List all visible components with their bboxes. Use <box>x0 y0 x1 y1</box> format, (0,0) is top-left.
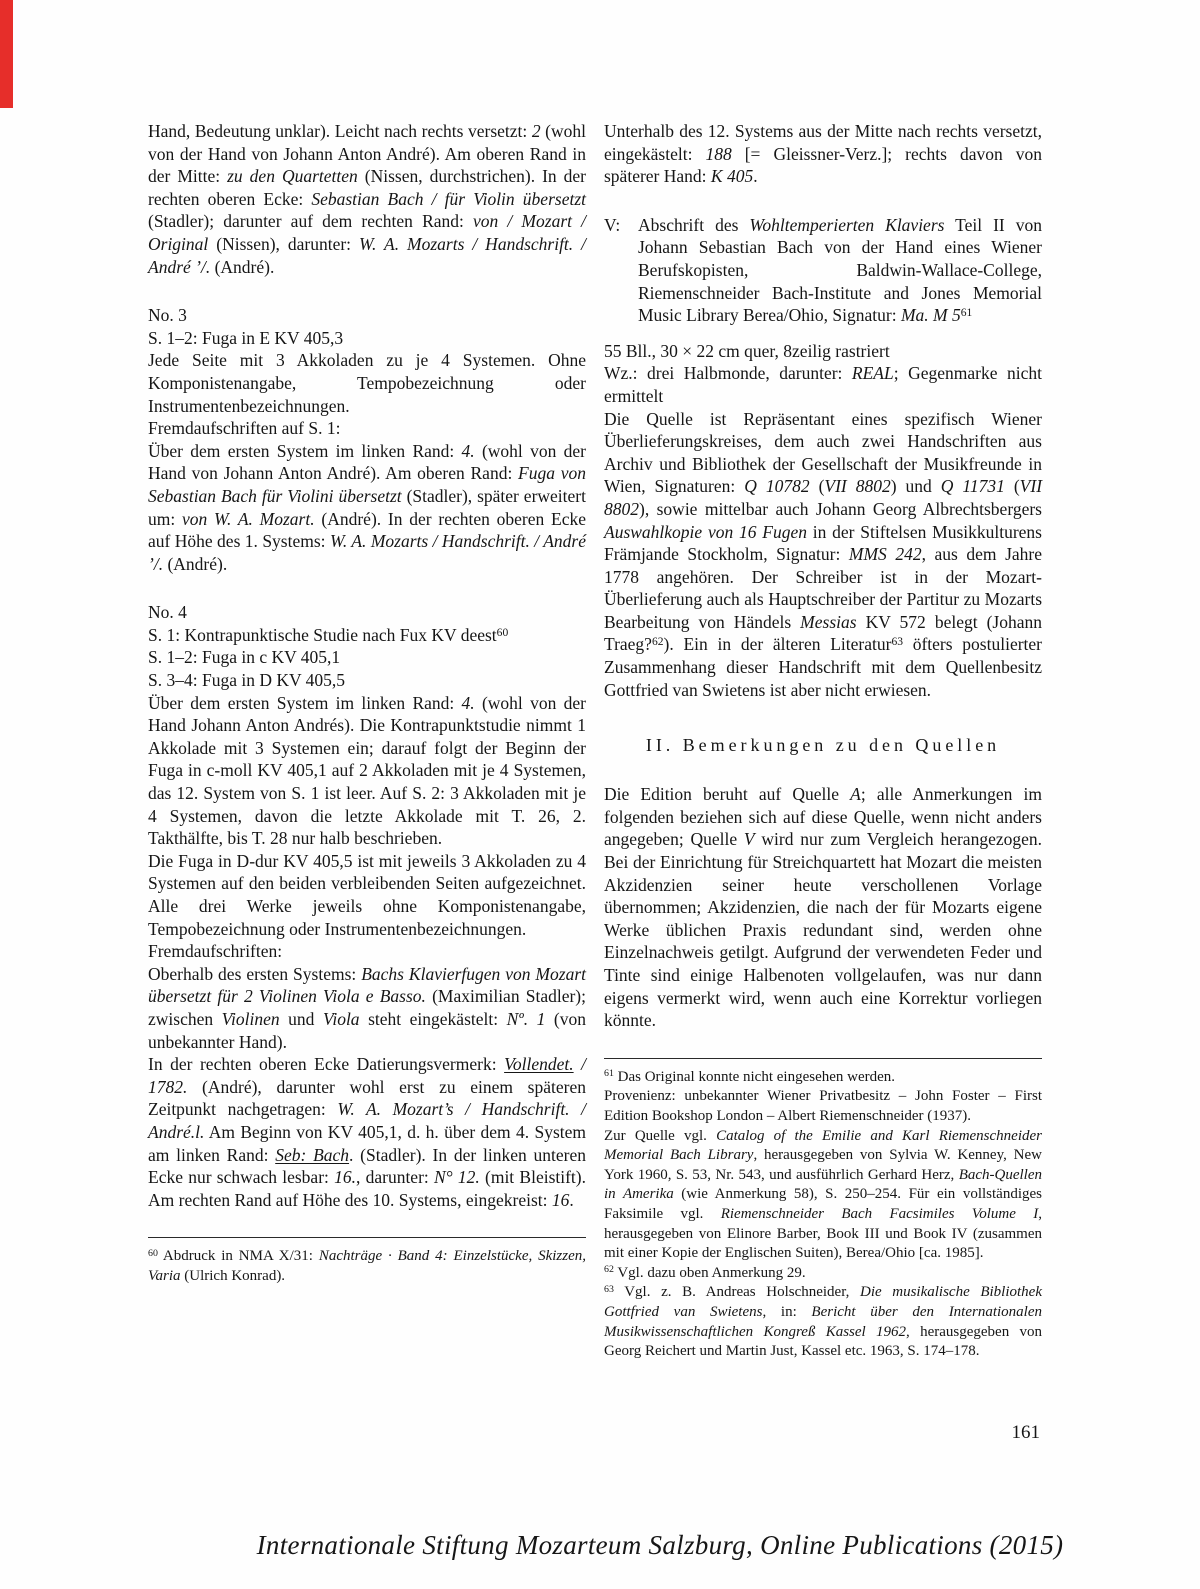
source-v-physical: 55 Bll., 30 × 22 cm quer, 8zeilig rastri… <box>604 340 1042 363</box>
right-column: Unterhalb des 12. Systems aus der Mitte … <box>604 120 1042 1362</box>
source-siglum: V: <box>604 214 638 327</box>
document-page: Hand, Bedeutung unklar). Leicht nach rec… <box>0 0 1200 1589</box>
section-heading: II. Bemerkungen zu den Quellen <box>604 733 1042 757</box>
no-3-heading: No. 3 <box>148 304 586 327</box>
footnote-62: 62 Vgl. dazu oben Anmerkung 29. <box>604 1264 1042 1284</box>
no-3-contents: S. 1–2: Fuga in E KV 405,3 <box>148 327 586 350</box>
no-4-description-1: Über dem ersten System im linken Rand: 4… <box>148 692 586 850</box>
no-3-description: Jede Seite mit 3 Akkoladen zu je 4 Syste… <box>148 349 586 417</box>
no-4-heading: No. 4 <box>148 601 586 624</box>
no-4-fremdaufschriften-2: In der rechten oberen Ecke Datierungsver… <box>148 1053 586 1211</box>
no-3-fremdaufschriften: Über dem ersten System im linken Rand: 4… <box>148 440 586 576</box>
source-text: Abschrift des Wohltemperierten Klaviers … <box>638 214 1042 327</box>
no-3-fremdaufschriften-label: Fremdaufschriften auf S. 1: <box>148 417 586 440</box>
footnote-rule <box>604 1058 1042 1059</box>
footnote-61-line-3: Zur Quelle vgl. Catalog of the Emilie an… <box>604 1127 1042 1264</box>
footnote-63: 63 Vgl. z. B. Andreas Holschneider, Die … <box>604 1283 1042 1361</box>
source-v-commentary: Die Quelle ist Repräsentant eines spezif… <box>604 408 1042 702</box>
no-4-description-2: Die Fuga in D-dur KV 405,5 ist mit jewei… <box>148 850 586 940</box>
left-column: Hand, Bedeutung unklar). Leicht nach rec… <box>148 120 586 1362</box>
footnote-61-line-2: Provenienz: unbekannter Wiener Privatbes… <box>604 1087 1042 1126</box>
footnote-61-line-1: 61 Das Original konnte nicht eingesehen … <box>604 1068 1042 1088</box>
no-4-contents-2: S. 1–2: Fuga in c KV 405,1 <box>148 646 586 669</box>
footnote-rule <box>148 1237 586 1238</box>
text-columns: Hand, Bedeutung unklar). Leicht nach rec… <box>148 120 1042 1362</box>
scan-artifact-mark <box>0 0 13 108</box>
no-4-fremdaufschriften-label: Fremdaufschriften: <box>148 940 586 963</box>
continuation-paragraph: Hand, Bedeutung unklar). Leicht nach rec… <box>148 120 586 278</box>
no-4-contents-3: S. 3–4: Fuga in D KV 405,5 <box>148 669 586 692</box>
page-number: 161 <box>602 1422 1040 1444</box>
footer-credit: Internationale Stiftung Mozarteum Salzbu… <box>190 1530 1130 1561</box>
no-4-contents-1: S. 1: Kontrapunktische Studie nach Fux K… <box>148 624 586 647</box>
edition-paragraph: Die Edition beruht auf Quelle A; alle An… <box>604 783 1042 1032</box>
source-v-watermark: Wz.: drei Halbmonde, darunter: REAL; Geg… <box>604 362 1042 407</box>
continuation-paragraph: Unterhalb des 12. Systems aus der Mitte … <box>604 120 1042 188</box>
no-4-fremdaufschriften-1: Oberhalb des ersten Systems: Bachs Klavi… <box>148 963 586 1053</box>
footnote-60: 60 Abdruck in NMA X/31: Nachträge · Band… <box>148 1247 586 1286</box>
source-v-description: V:Abschrift des Wohltemperierten Klavier… <box>604 214 1042 327</box>
